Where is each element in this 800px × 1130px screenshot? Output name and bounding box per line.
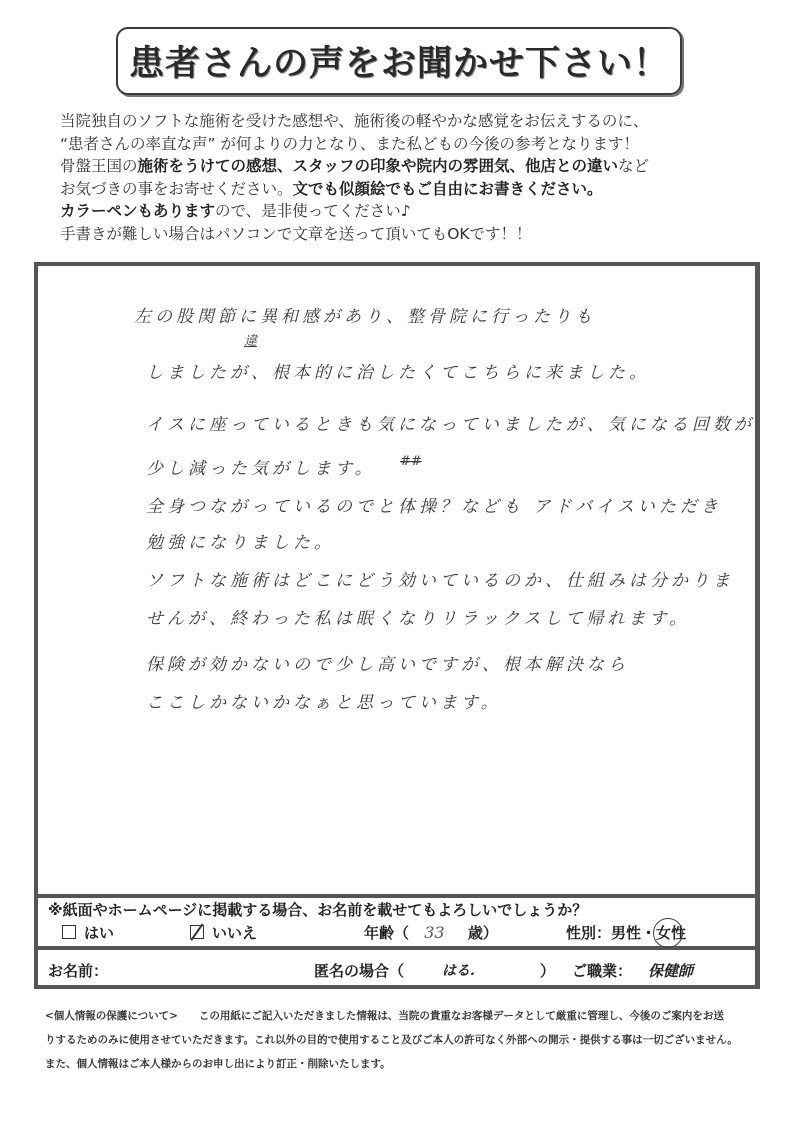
publication-consent: ※紙面やホームページに掲載する場合、お名前を載せてもよろしいでしょうか？ はい …: [38, 894, 755, 950]
consent-row: はい いいえ 年齢（ 33 歳） 性別：男性・女性: [38, 922, 755, 944]
consent-no-checkbox[interactable]: [190, 925, 204, 939]
comment-line-7: ソフトな施術はどこにどう効いているのか、仕組みは分かりま: [146, 566, 734, 591]
intro-line-3-bold: 施術をうけての感想、スタッフの印象や院内の雰囲気、他店との違い: [138, 157, 619, 175]
feedback-form: 左の股関節に異和感があり、整骨院に行ったりも 違 しましたが、根本的に治したくて…: [34, 262, 760, 989]
privacy-line-3: また、個人情報はご本人様からのお申し出により訂正・削除いたします。: [45, 1052, 765, 1076]
gender-female-option-selected[interactable]: 女性: [656, 924, 686, 942]
gender-label: 性別：: [566, 924, 611, 942]
age-value[interactable]: 33: [424, 923, 444, 942]
intro-line-5-bold: カラーペンもあります: [60, 202, 215, 220]
comment-line-1: 左の股関節に異和感があり、整骨院に行ったりも: [134, 302, 596, 327]
comment-line-2: しましたが、根本的に治したくてこちらに来ました。: [146, 358, 650, 383]
intro-line-1: 当院独自のソフトな施術を受けた感想や、施術後の軽やかな感覚をお伝えするのに、: [60, 110, 760, 133]
intro-line-6: 手書きが難しい場合はパソコンで文章を送って頂いてもOKです！！: [60, 223, 760, 246]
comment-line-4: 少し減った気がします。: [146, 454, 376, 479]
intro-line-3-prefix: 骨盤王国の: [60, 157, 138, 175]
age-label-open: 年齢（: [364, 924, 409, 942]
consent-no-label: いいえ: [212, 924, 257, 942]
comment-correction: 違: [244, 330, 257, 349]
consent-no-option[interactable]: いいえ: [190, 922, 257, 943]
intro-line-5: カラーペンもありますので、是非使ってください♪: [60, 200, 760, 223]
comment-scribble: ##: [400, 454, 422, 469]
privacy-notice: <個人情報の保護について> この用紙にご記入いただきました情報は、当院の貴重なお…: [45, 1004, 765, 1076]
privacy-line-2: りするためのみに使用させていただきます。これ以外の目的で使用すること及びご本人の…: [45, 1028, 765, 1052]
anonymous-label-close: ）: [540, 960, 555, 981]
anonymous-label-open: 匿名の場合（: [314, 960, 404, 981]
comment-line-9: 保険が効かないので少し高いですが、根本解決なら: [146, 650, 629, 675]
intro-line-3-suffix: など: [618, 157, 649, 175]
comment-line-5: 全身つながっているのでと体操？なども アドバイスいただき: [146, 492, 722, 517]
consent-yes-label: はい: [84, 924, 114, 942]
name-row: お名前： 匿名の場合（ はる. ） ご職業： 保健師: [38, 950, 755, 985]
intro-line-3: 骨盤王国の施術をうけての感想、スタッフの印象や院内の雰囲気、他店との違いなど: [60, 155, 760, 178]
consent-yes-checkbox[interactable]: [62, 925, 76, 939]
comment-line-8: せんが、終わった私は眠くなりリラックスして帰れます。: [146, 604, 690, 629]
intro-line-4-bold: 文でも似顔絵でもご自由にお書きください。: [293, 180, 603, 198]
intro-line-4-prefix: お気づきの事をお寄せください。: [60, 180, 293, 198]
occupation-value[interactable]: 保健師: [648, 960, 693, 981]
intro-text: 当院独自のソフトな施術を受けた感想や、施術後の軽やかな感覚をお伝えするのに、 “…: [60, 110, 760, 245]
age-label-close: 歳）: [468, 924, 498, 942]
comment-line-3: イスに座っているときも気になっていましたが、気になる回数が: [146, 410, 755, 435]
comment-line-6: 勉強になりました。: [146, 528, 335, 553]
age-field[interactable]: 年齢（ 33 歳）: [364, 922, 498, 943]
intro-line-4: お気づきの事をお寄せください。文でも似顔絵でもご自由にお書きください。: [60, 178, 760, 201]
title-banner: 患者さんの声をお聞かせ下さい！: [116, 27, 682, 95]
comment-area[interactable]: 左の股関節に異和感があり、整骨院に行ったりも 違 しましたが、根本的に治したくて…: [38, 266, 755, 898]
name-label: お名前：: [48, 960, 108, 981]
gender-field: 性別：男性・女性: [566, 922, 686, 943]
intro-line-2: “患者さんの率直な声” が何よりの力となり、また私どもの今後の参考となります！: [60, 133, 760, 156]
occupation-label: ご職業：: [572, 960, 632, 981]
page-title: 患者さんの声をお聞かせ下さい！: [129, 36, 669, 86]
anonymous-name-value[interactable]: はる.: [442, 960, 475, 980]
gender-male-option[interactable]: 男性: [611, 924, 641, 942]
name-field[interactable]: [128, 960, 298, 980]
intro-line-5-suffix: ので、是非使ってください♪: [215, 202, 411, 220]
consent-yes-option[interactable]: はい: [62, 922, 114, 943]
comment-line-10: ここしかないかなぁと思っています。: [146, 688, 502, 713]
consent-question: ※紙面やホームページに掲載する場合、お名前を載せてもよろしいでしょうか？: [48, 899, 587, 920]
privacy-line-1: <個人情報の保護について> この用紙にご記入いただきました情報は、当院の貴重なお…: [45, 1004, 765, 1028]
